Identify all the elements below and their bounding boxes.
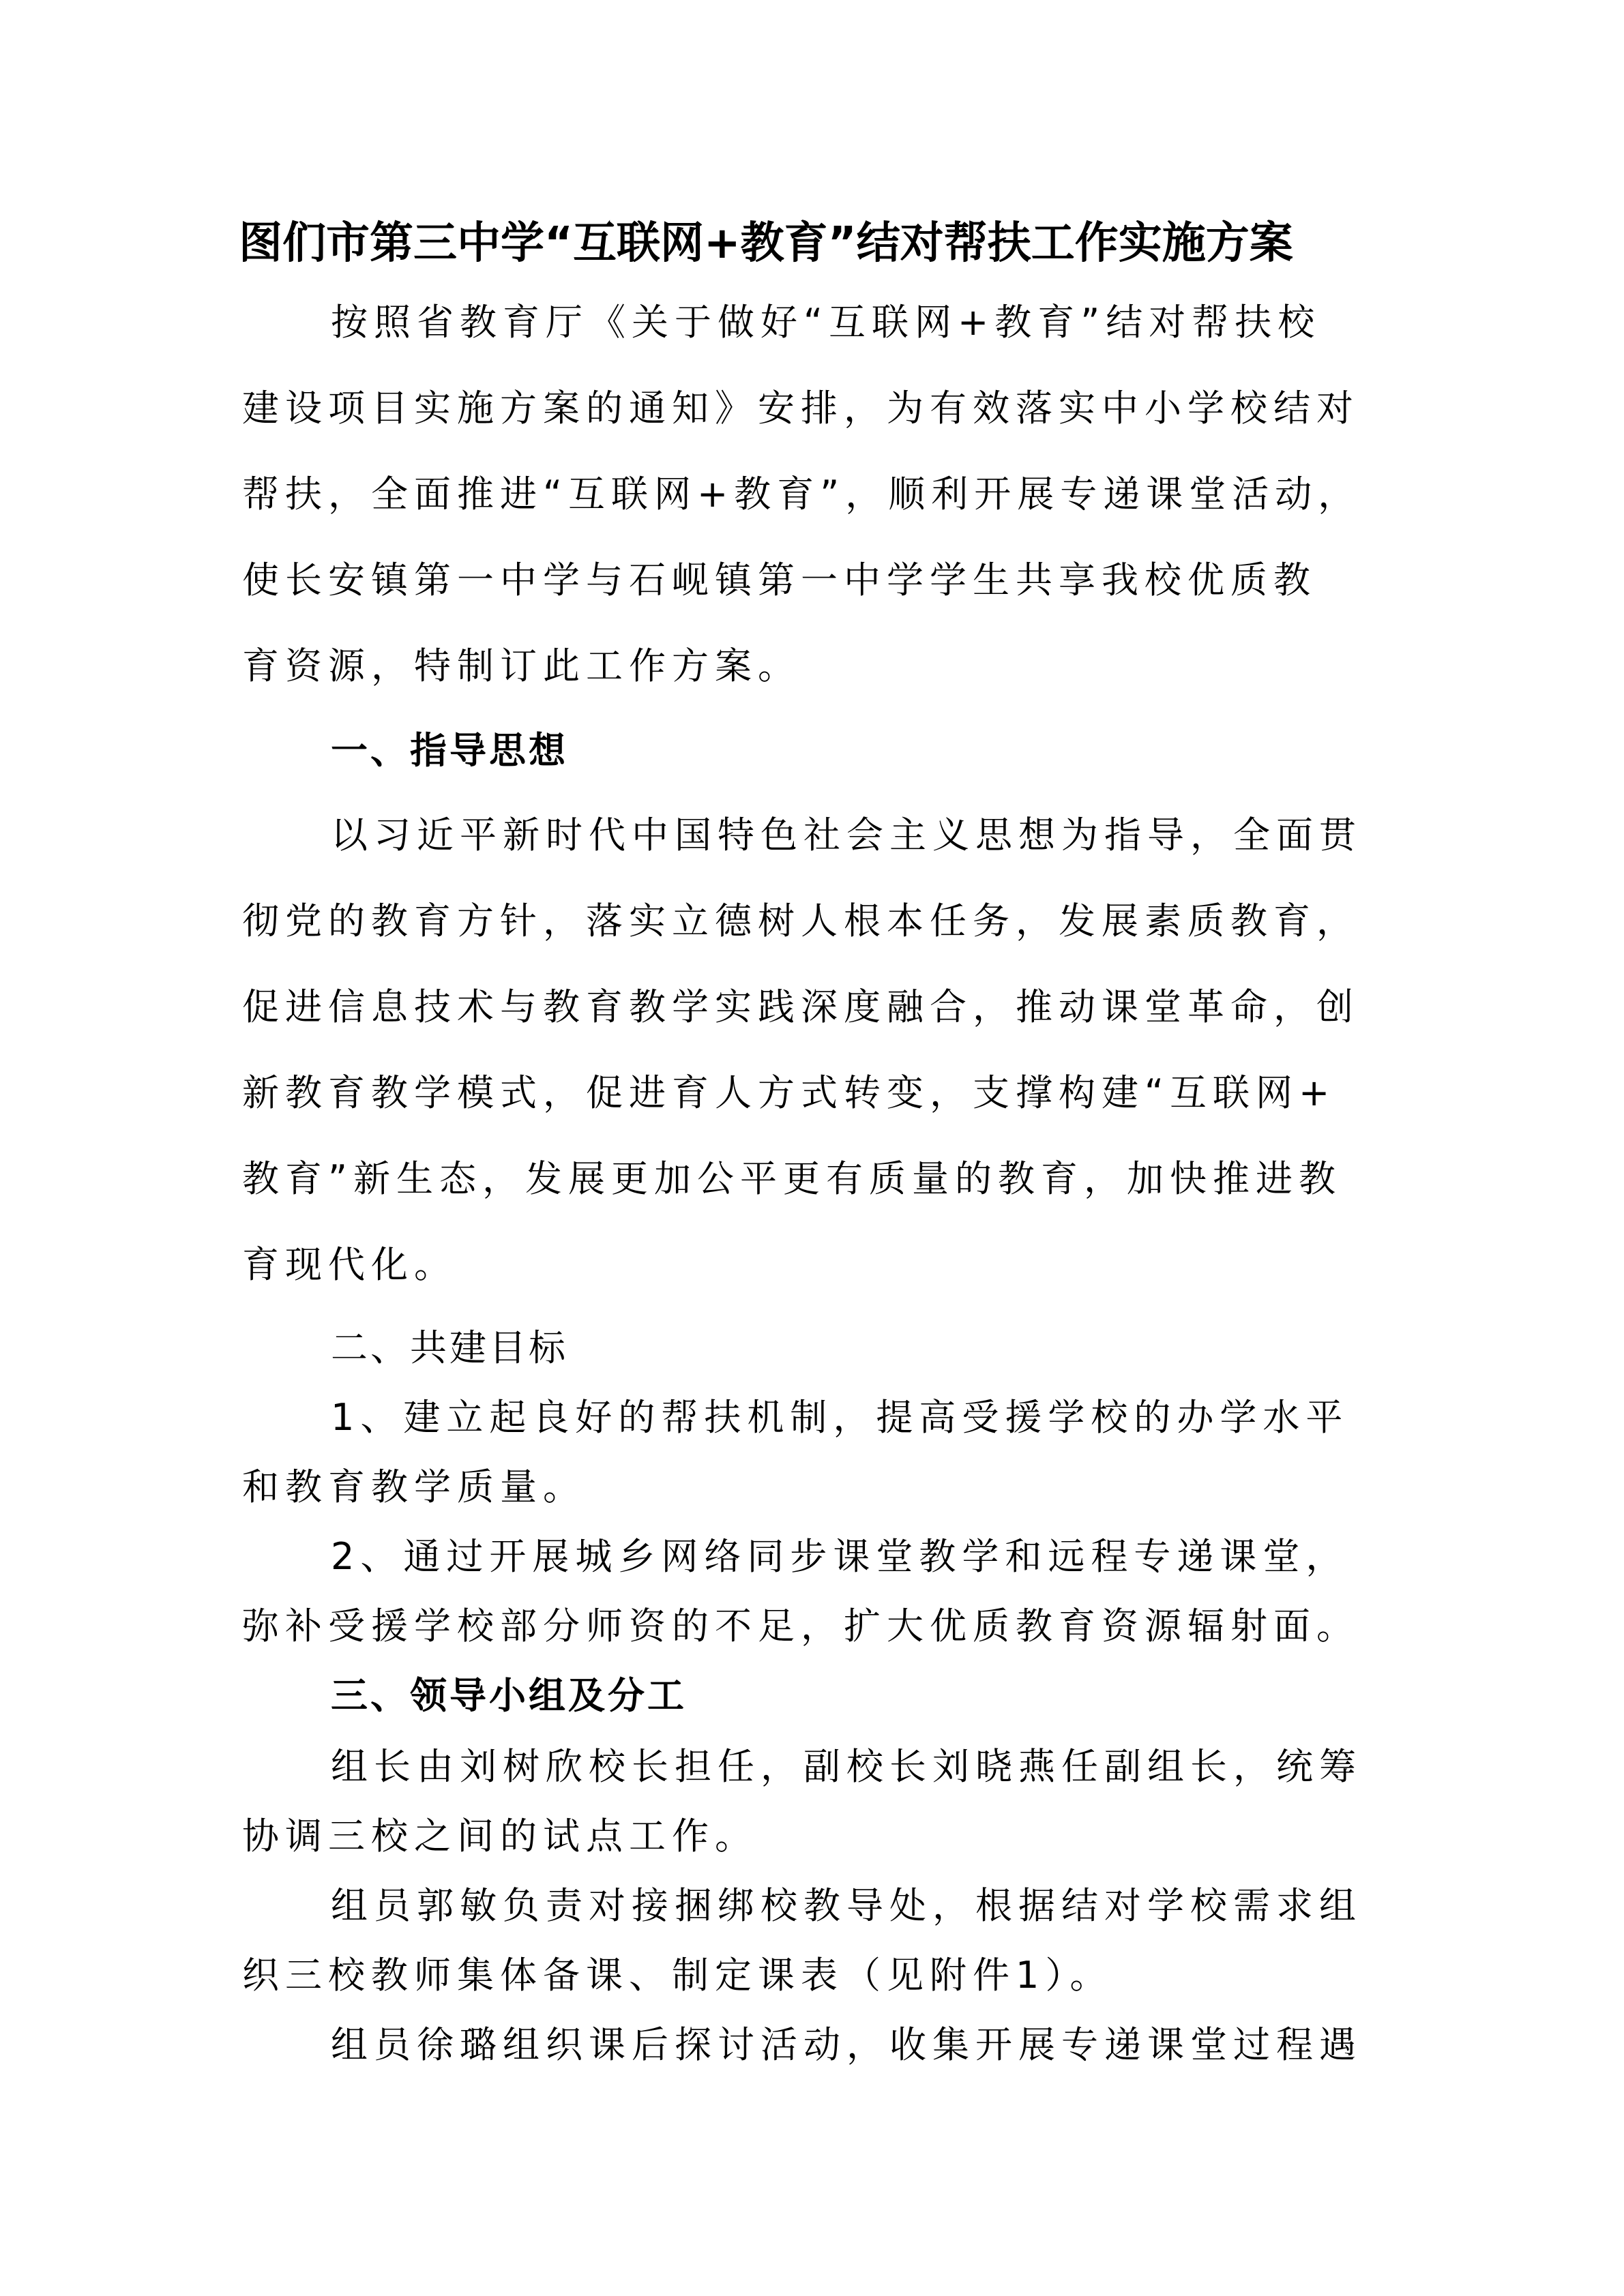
- section-3-line-3: 组员郭敏负责对接捆绑校教导处，根据结对学校需求组: [331, 1883, 1362, 1928]
- section-2-line-2: 和教育教学质量。: [242, 1465, 586, 1510]
- intro-line-4: 使长安镇第一中学与石岘镇第一中学学生共享我校优质教: [242, 558, 1316, 603]
- intro-line-3: 帮扶，全面推进“互联网+教育”，顺利开展专递课堂活动，: [242, 472, 1361, 517]
- section-1-line-3: 促进信息技术与教育教学实践深度融合，推动课堂革命，创: [242, 985, 1359, 1030]
- section-3-line-2: 协调三校之间的试点工作。: [242, 1814, 758, 1859]
- section-heading-2: 二、共建目标: [331, 1326, 568, 1371]
- section-2-line-4: 弥补受援学校部分师资的不足，扩大优质教育资源辐射面。: [242, 1604, 1359, 1649]
- section-heading-1: 一、指导思想: [331, 728, 568, 773]
- section-1-line-1: 以习近平新时代中国特色社会主义思想为指导，全面贯: [331, 813, 1362, 858]
- section-3-line-5: 组员徐璐组织课后探讨活动，收集开展专递课堂过程遇: [331, 2023, 1362, 2068]
- section-heading-3: 三、领导小组及分工: [331, 1673, 687, 1718]
- section-3-line-4: 织三校教师集体备课、制定课表（见附件1）。: [242, 1953, 1112, 1998]
- document-title: 图们市第三中学“互联网+教育”结对帮扶工作实施方案: [239, 217, 1293, 270]
- section-2-line-3: 2、通过开展城乡网络同步课堂教学和远程专递课堂，: [331, 1534, 1348, 1579]
- intro-line-1: 按照省教育厅《关于做好“互联网+教育”结对帮扶校: [331, 300, 1320, 345]
- section-2-line-1: 1、建立起良好的帮扶机制，提高受援学校的办学水平: [331, 1395, 1348, 1440]
- section-1-line-5: 教育”新生态，发展更加公平更有质量的教育，加快推进教: [242, 1157, 1342, 1202]
- section-1-line-2: 彻党的教育方针，落实立德树人根本任务，发展素质教育，: [242, 899, 1359, 944]
- document-page: 图们市第三中学“互联网+教育”结对帮扶工作实施方案 按照省教育厅《关于做好“互联…: [0, 0, 1624, 2296]
- section-1-line-4: 新教育教学模式，促进育人方式转变，支撑构建“互联网+: [242, 1071, 1335, 1116]
- intro-line-5: 育资源，特制订此工作方案。: [242, 644, 801, 689]
- section-1-line-6: 育现代化。: [242, 1242, 457, 1287]
- section-3-line-1: 组长由刘树欣校长担任，副校长刘晓燕任副组长，统筹: [331, 1744, 1362, 1789]
- intro-line-2: 建设项目实施方案的通知》安排，为有效落实中小学校结对: [242, 386, 1359, 431]
